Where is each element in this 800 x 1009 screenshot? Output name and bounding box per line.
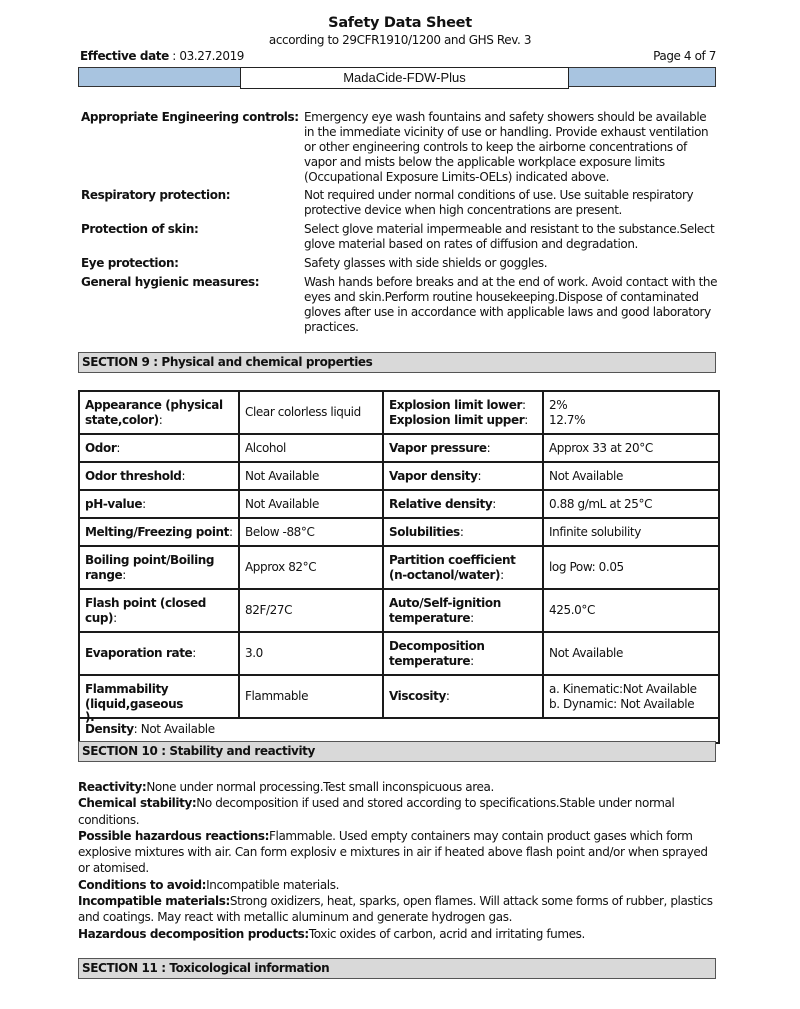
property-value: Not Available <box>239 490 383 518</box>
effective-date-label: Effective date <box>80 49 169 63</box>
property-value: a. Kinematic:Not Availableb. Dynamic: No… <box>543 675 719 718</box>
section-11-header: SECTION 11 : Toxicological information <box>78 958 716 979</box>
property-label: Solubilities: <box>383 518 543 546</box>
section-10-header: SECTION 10 : Stability and reactivity <box>78 741 716 762</box>
table-row: Melting/Freezing point: Below -88°C Solu… <box>79 518 719 546</box>
property-value: Below -88°C <box>239 518 383 546</box>
property-value: 425.0°C <box>543 589 719 632</box>
control-value: Wash hands before breaks and at the end … <box>304 275 719 335</box>
document-title: Safety Data Sheet <box>0 15 800 31</box>
control-label: Eye protection: <box>81 256 179 271</box>
property-value: 0.88 g/mL at 25°C <box>543 490 719 518</box>
property-label: Vapor pressure: <box>383 434 543 462</box>
property-value: Flammable <box>239 675 383 718</box>
property-label: Partition coefficient (n-octanol/water): <box>383 546 543 589</box>
property-value: Not Available <box>543 462 719 490</box>
section-9-header: SECTION 9 : Physical and chemical proper… <box>78 352 716 373</box>
product-name: MadaCide-FDW-Plus <box>240 67 569 89</box>
label-overflow: ). <box>85 710 94 725</box>
table-row: Appearance (physical state,color): Clear… <box>79 391 719 434</box>
stability-item: Conditions to avoid:Incompatible materia… <box>78 877 718 893</box>
property-value: Approx 33 at 20°C <box>543 434 719 462</box>
table-row-density: Density: Not Available <box>79 718 719 743</box>
property-value: Not Available <box>543 632 719 675</box>
control-value: Not required under normal conditions of … <box>304 188 719 218</box>
stability-item: Incompatible materials:Strong oxidizers,… <box>78 893 718 926</box>
effective-date: Effective date : 03.27.2019 <box>80 49 244 63</box>
property-value: 82F/27C <box>239 589 383 632</box>
control-label: Protection of skin: <box>81 222 198 237</box>
property-label: Evaporation rate: <box>79 632 239 675</box>
control-label: Appropriate Engineering controls: <box>81 110 299 125</box>
effective-date-separator: : <box>169 49 179 63</box>
control-value: Select glove material impermeable and re… <box>304 222 719 252</box>
property-value: log Pow: 0.05 <box>543 546 719 589</box>
density-cell: Density: Not Available <box>79 718 719 743</box>
property-label: Odor: <box>79 434 239 462</box>
properties-table: Appearance (physical state,color): Clear… <box>78 390 720 744</box>
page-number: Page 4 of 7 <box>653 49 716 63</box>
property-value: Infinite solubility <box>543 518 719 546</box>
property-value: 2%12.7% <box>543 391 719 434</box>
table-row: Odor: Alcohol Vapor pressure: Approx 33 … <box>79 434 719 462</box>
stability-list: Reactivity:None under normal processing.… <box>78 779 718 942</box>
property-label: Decomposition temperature: <box>383 632 543 675</box>
property-label: Boiling point/Boiling range: <box>79 546 239 589</box>
table-row: Boiling point/Boiling range: Approx 82°C… <box>79 546 719 589</box>
document-subtitle: according to 29CFR1910/1200 and GHS Rev.… <box>0 33 800 47</box>
stability-item: Hazardous decomposition products:Toxic o… <box>78 926 718 942</box>
property-label: Relative density: <box>383 490 543 518</box>
stability-item: Possible hazardous reactions:Flammable. … <box>78 828 718 877</box>
property-label: Explosion limit lower:Explosion limit up… <box>383 391 543 434</box>
property-label: Appearance (physical state,color): <box>79 391 239 434</box>
product-banner: MadaCide-FDW-Plus <box>78 67 716 87</box>
property-value: 3.0 <box>239 632 383 675</box>
table-row: pH-value: Not Available Relative density… <box>79 490 719 518</box>
table-row: Flash point (closed cup): 82F/27C Auto/S… <box>79 589 719 632</box>
table-row: Evaporation rate: 3.0 Decomposition temp… <box>79 632 719 675</box>
control-value: Safety glasses with side shields or gogg… <box>304 256 719 271</box>
stability-item: Chemical stability:No decomposition if u… <box>78 795 718 828</box>
property-value: Alcohol <box>239 434 383 462</box>
control-value: Emergency eye wash fountains and safety … <box>304 110 719 185</box>
table-row: Odor threshold: Not Available Vapor dens… <box>79 462 719 490</box>
table-row: Flammability (liquid,gaseous). Flammable… <box>79 675 719 718</box>
stability-item: Reactivity:None under normal processing.… <box>78 779 718 795</box>
control-label: General hygienic measures: <box>81 275 259 290</box>
property-value: Approx 82°C <box>239 546 383 589</box>
control-label: Respiratory protection: <box>81 188 230 203</box>
property-value: Not Available <box>239 462 383 490</box>
property-label: pH-value: <box>79 490 239 518</box>
property-label: Flash point (closed cup): <box>79 589 239 632</box>
property-label: Flammability (liquid,gaseous). <box>79 675 239 718</box>
property-label: Melting/Freezing point: <box>79 518 239 546</box>
property-label: Odor threshold: <box>79 462 239 490</box>
property-label: Viscosity: <box>383 675 543 718</box>
effective-date-value: 03.27.2019 <box>179 49 244 63</box>
property-label: Auto/Self-ignition temperature: <box>383 589 543 632</box>
property-label: Vapor density: <box>383 462 543 490</box>
property-value: Clear colorless liquid <box>239 391 383 434</box>
